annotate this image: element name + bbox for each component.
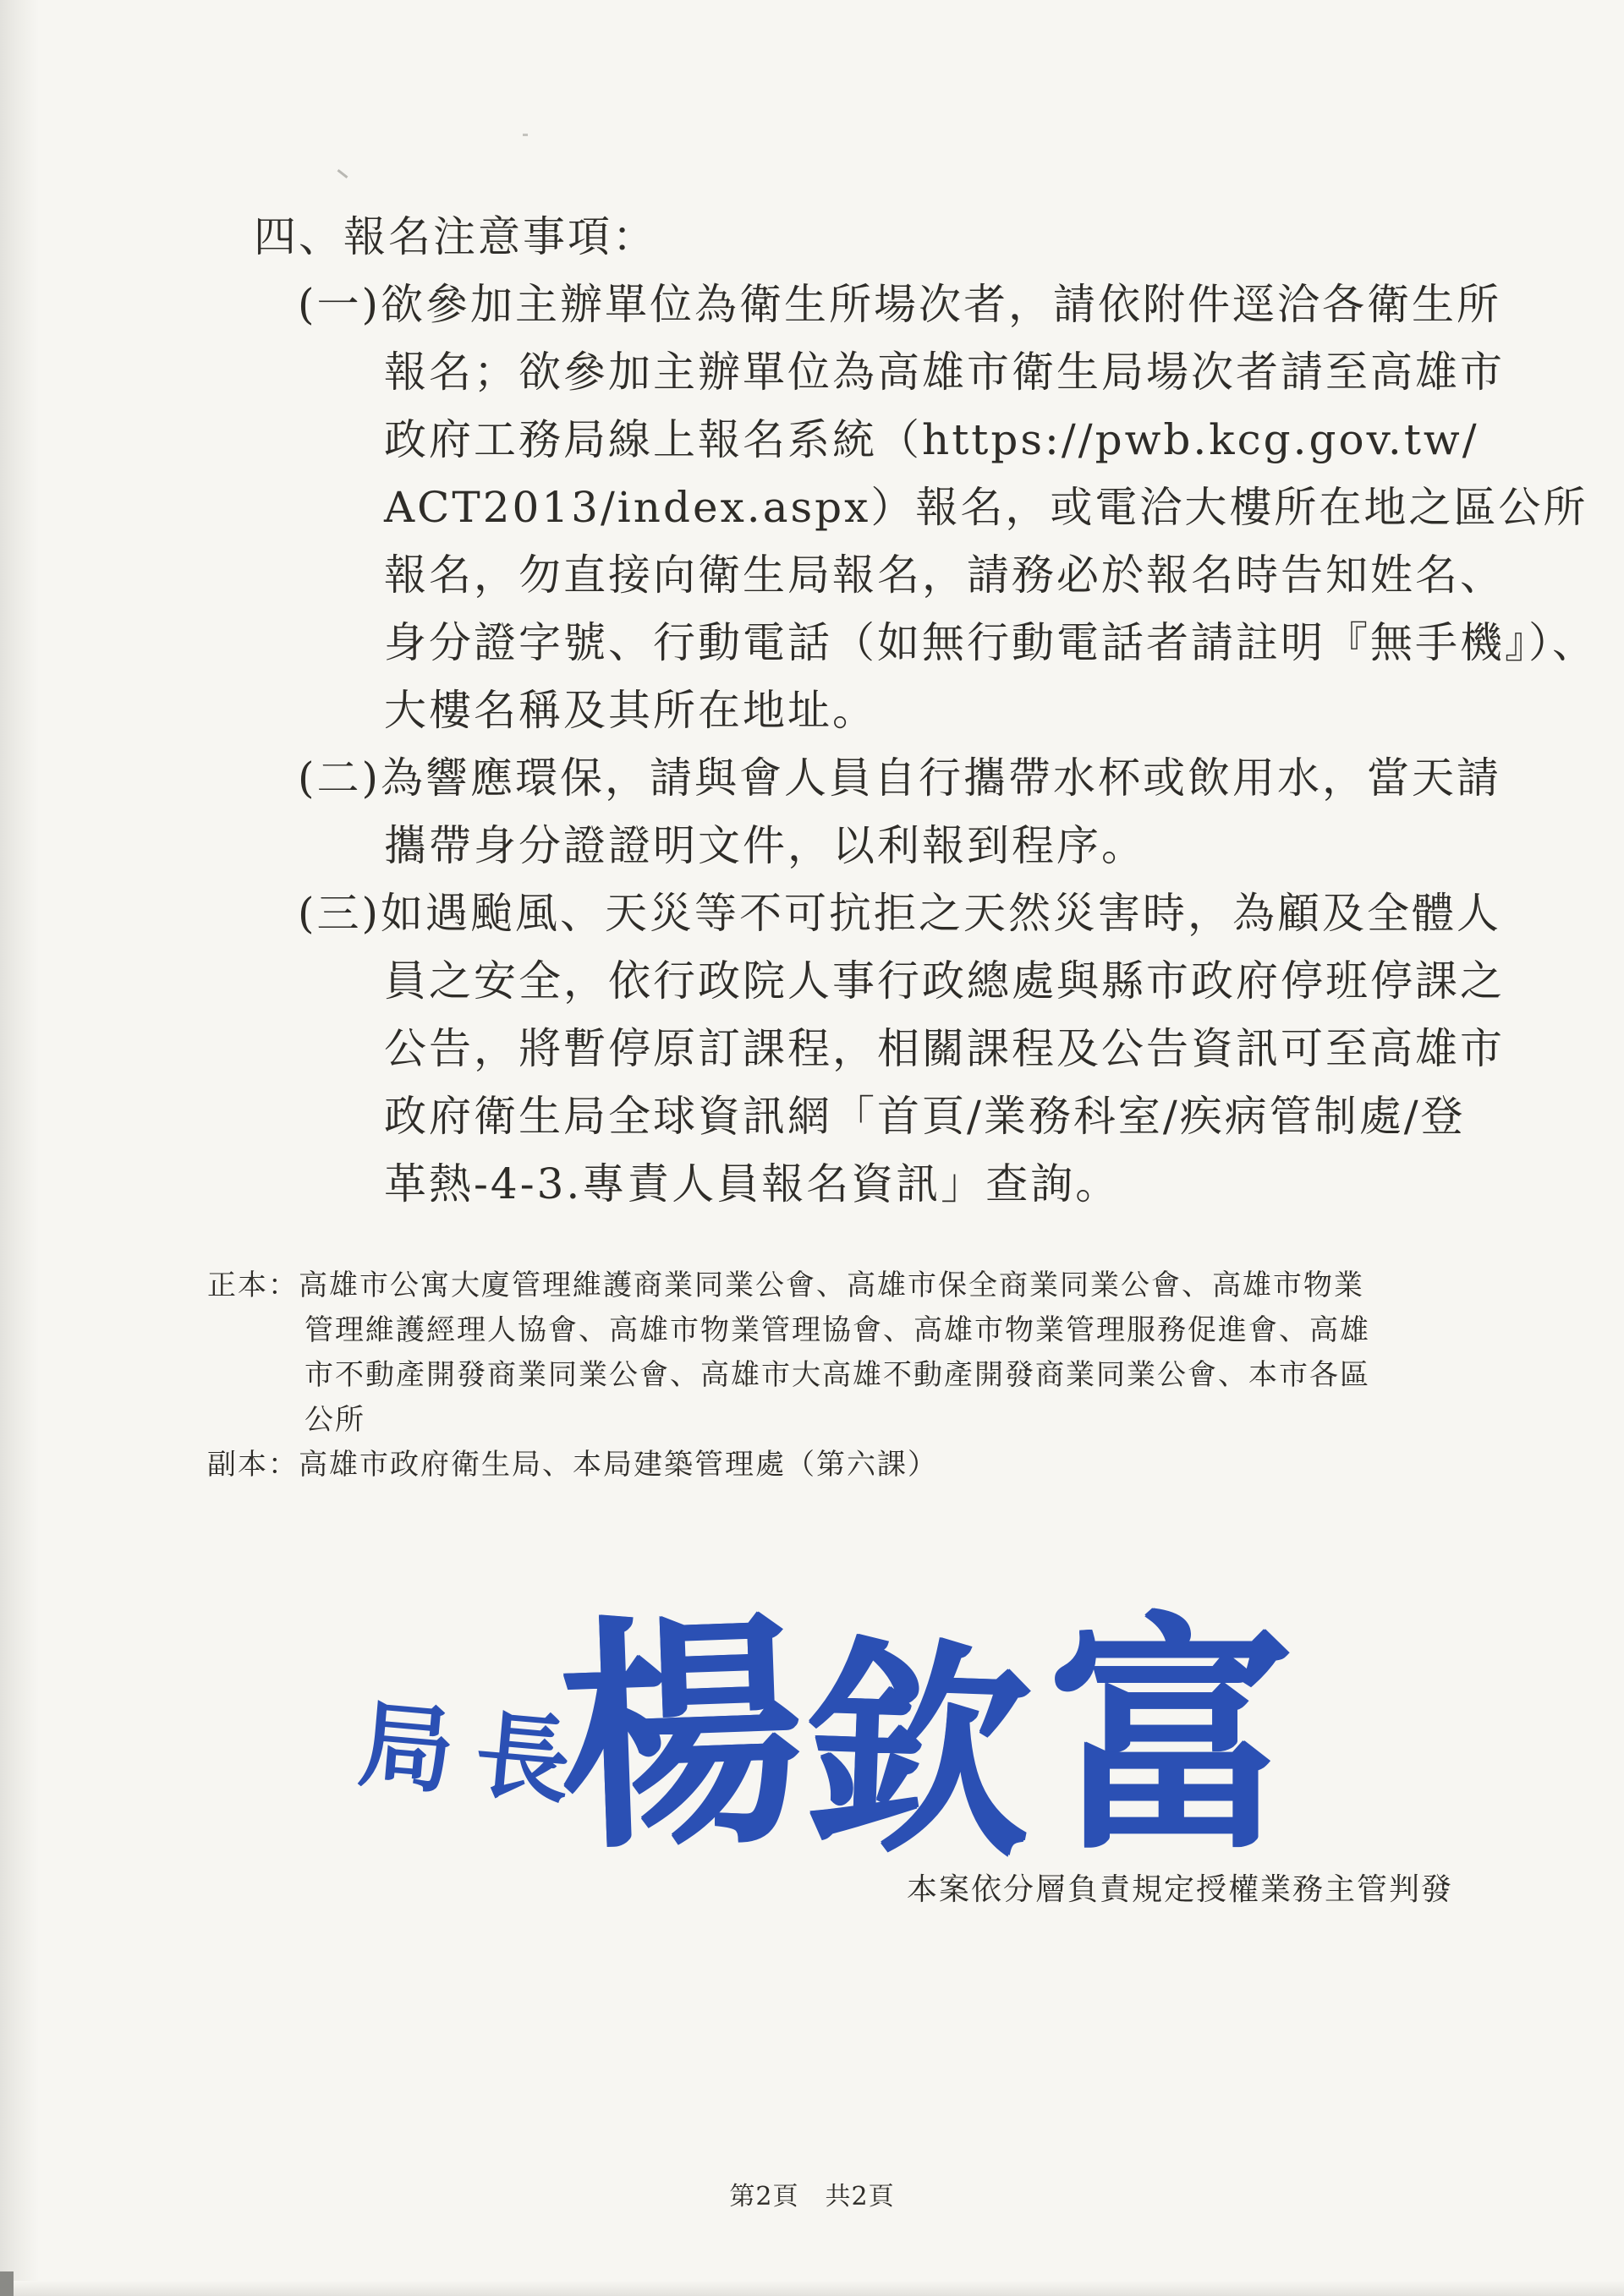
notice-item1-line4: ACT2013/index.aspx）報名，或電洽大樓所在地之區公所 bbox=[384, 474, 1573, 541]
section-heading: 四、報名注意事項： bbox=[254, 203, 1573, 271]
scan-bottom-shadow bbox=[0, 2281, 1624, 2296]
notice-item2-line2: 攜帶身分證證明文件，以利報到程序。 bbox=[384, 812, 1573, 879]
notice-section: 四、報名注意事項： (一)欲參加主辦單位為衛生所場次者，請依附件逕洽各衛生所 報… bbox=[254, 203, 1573, 1218]
notice-item1-line3: 政府工務局線上報名系統（https://pwb.kcg.gov.tw/ bbox=[384, 406, 1573, 474]
scan-corner-artifact bbox=[0, 2271, 14, 2296]
recipients-original-line4: 公所 bbox=[304, 1398, 1476, 1443]
notice-item1-line2: 報名；欲參加主辦單位為高雄市衛生局場次者請至高雄市 bbox=[384, 338, 1573, 406]
notice-item1-line7: 大樓名稱及其所在地址。 bbox=[384, 677, 1573, 744]
scan-speck bbox=[523, 134, 528, 136]
notice-item3-line3: 公告，將暫停原訂課程，相關課程及公告資訊可至高雄市 bbox=[384, 1015, 1573, 1082]
notice-item1-line1: (一)欲參加主辦單位為衛生所場次者，請依附件逕洽各衛生所 bbox=[298, 271, 1573, 338]
notice-item3-line1: (三)如遇颱風、天災等不可抗拒之天然災害時，為顧及全體人 bbox=[298, 879, 1573, 947]
signature-name-char1: 楊 bbox=[552, 1537, 808, 1894]
recipients-original-line2: 管理維護經理人協會、高雄市物業管理協會、高雄市物業管理服務促進會、高雄 bbox=[304, 1308, 1476, 1353]
authorization-note: 本案依分層負責規定授權業務主管判發 bbox=[907, 1866, 1453, 1909]
signature-name-char3: 富 bbox=[1047, 1539, 1294, 1894]
notice-item2-line1: (二)為響應環保，請與會人員自行攜帶水杯或飲用水，當天請 bbox=[298, 744, 1573, 812]
recipients-block: 正本：高雄市公寓大廈管理維護商業同業公會、高雄市保全商業同業公會、高雄市物業 管… bbox=[207, 1263, 1476, 1488]
signature-name-char2: 欽 bbox=[799, 1567, 1035, 1898]
notice-item3-line2: 員之安全，依行政院人事行政總處與縣市政府停班停課之 bbox=[384, 947, 1573, 1015]
recipients-original-line1: 正本：高雄市公寓大廈管理維護商業同業公會、高雄市保全商業同業公會、高雄市物業 bbox=[207, 1263, 1476, 1308]
page-footer: 第2頁 共2頁 bbox=[0, 2175, 1624, 2212]
notice-item3-line4: 政府衛生局全球資訊網「首頁/業務科室/疾病管制處/登 bbox=[384, 1082, 1573, 1150]
scan-speck bbox=[337, 169, 348, 178]
scan-edge-shadow bbox=[0, 0, 39, 2296]
recipients-original-line3: 市不動產開發商業同業公會、高雄市大高雄不動產開發商業同業公會、本市各區 bbox=[304, 1353, 1476, 1398]
notice-item3-line5: 革熱-4-3.專責人員報名資訊」查詢。 bbox=[384, 1150, 1573, 1218]
notice-item1-line6: 身分證字號、行動電話（如無行動電話者請註明『無手機』）、 bbox=[384, 609, 1573, 677]
notice-item1-line5: 報名，勿直接向衛生局報名，請務必於報名時告知姓名、 bbox=[384, 541, 1573, 609]
scanned-document-page: 四、報名注意事項： (一)欲參加主辦單位為衛生所場次者，請依附件逕洽各衛生所 報… bbox=[0, 0, 1624, 2296]
recipients-copy-line: 副本：高雄市政府衛生局、本局建築管理處（第六課） bbox=[207, 1443, 1476, 1488]
